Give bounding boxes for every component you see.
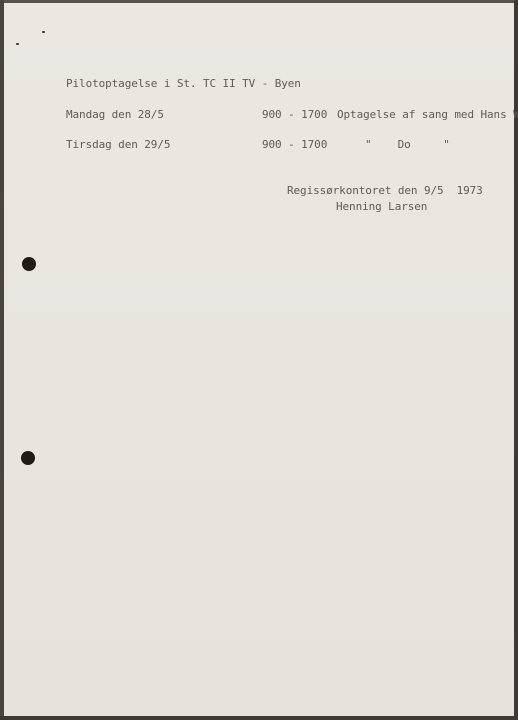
schedule-activity-1: Optagelse af sang med Hans W xyxy=(337,108,518,121)
paper-speck xyxy=(16,43,19,45)
signature-name: Henning Larsen xyxy=(336,200,427,213)
paper-speck xyxy=(42,31,45,33)
punch-hole-upper xyxy=(22,257,36,271)
schedule-day-2: Tirsdag den 29/5 xyxy=(66,138,170,151)
signature-office-date: Regissørkontoret den 9/5 1973 xyxy=(287,184,483,197)
schedule-time-2: 900 - 1700 xyxy=(262,138,327,151)
schedule-day-1: Mandag den 28/5 xyxy=(66,108,164,121)
punch-hole-lower xyxy=(21,451,35,465)
schedule-activity-2: " Do " xyxy=(365,138,450,151)
scan-border-bottom xyxy=(0,716,518,720)
document-title: Pilotoptagelse i St. TC II TV - Byen xyxy=(66,77,301,90)
schedule-time-1: 900 - 1700 xyxy=(262,108,327,121)
